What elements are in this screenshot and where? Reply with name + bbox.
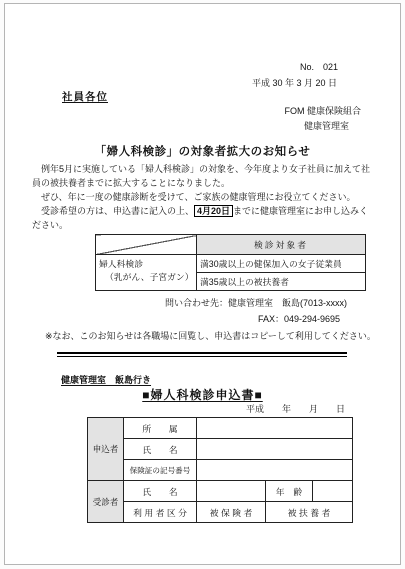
category-option-insured: 被 保 険 者 [197, 502, 266, 523]
table-row: 婦人科検診 （乳がん、子宮ガン） 満30歳以上の健保加入の女子従業員 [96, 255, 366, 273]
user-category-label: 利 用 者 区 分 [124, 502, 197, 523]
insurance-number-label: 保険証の記号番号 [124, 460, 197, 481]
paragraph-1: 例年5月に実施している「婦人科検診」の対象を、今年度より女子社員に加えて社員の被… [32, 162, 375, 190]
document-number: No. 021 [300, 60, 338, 73]
deadline-highlight: 4月20日 [194, 205, 233, 217]
exam-detail: （乳がん、子宮ガン） [99, 271, 193, 284]
exam-name: 婦人科検診 [99, 258, 193, 271]
note-line: ※なお、このお知らせは各職場に回覧し、申込書はコピーして利用してください。 [45, 329, 376, 342]
target-group-1: 満30歳以上の健保加入の女子従業員 [197, 255, 366, 273]
examinee-name-label: 氏 名 [124, 481, 197, 502]
applicant-name-label: 氏 名 [124, 439, 197, 460]
applicant-group-label: 申込者 [88, 418, 124, 481]
fax-line: FAX：049-294-9695 [258, 312, 340, 325]
document-title: 「婦人科検診」の対象者拡大のお知らせ [5, 143, 400, 159]
exam-name-cell: 婦人科検診 （乳がん、子宮ガン） [96, 255, 197, 291]
paragraph-2: ぜひ、年に一度の健康診断を受けて、ご家族の健康管理にお役立てください。 [32, 190, 375, 204]
form-recipient: 健康管理室 飯島行き [61, 373, 151, 386]
diagonal-header-cell [96, 235, 197, 255]
table-row: 検診対象者 [96, 235, 366, 255]
examinee-name-input-cell [197, 481, 266, 502]
table-row: 受診者 氏 名 年 齢 [88, 481, 353, 502]
application-form-title: ■婦人科検診申込書■ [5, 386, 400, 403]
insurance-number-input-cell [197, 460, 353, 481]
paragraph-3: 受診希望の方は、申込書に記入の上、4月20日までに健康管理室にお申し込みください… [32, 204, 375, 232]
body-text: 例年5月に実施している「婦人科検診」の対象を、今年度より女子社員に加えて社員の被… [32, 162, 375, 232]
target-column-header: 検診対象者 [197, 235, 366, 255]
addressee: 社員各位 [62, 89, 108, 104]
table-row: 申込者 所 属 [88, 418, 353, 439]
applicant-name-input-cell [197, 439, 353, 460]
table-row: 保険証の記号番号 [88, 460, 353, 481]
table-row: 氏 名 [88, 439, 353, 460]
table-row: 利 用 者 区 分 被 保 険 者 被 扶 養 者 [88, 502, 353, 523]
form-date-placeholder: 平成 年 月 日 [246, 402, 345, 415]
age-input-cell [313, 481, 353, 502]
cut-line-divider [57, 352, 347, 357]
contact-line: 問い合わせ先：健康管理室 飯島(7013-xxxx) [165, 296, 347, 309]
application-form-table: 申込者 所 属 氏 名 保険証の記号番号 受診者 氏 名 年 齢 利 用 者 区… [87, 417, 353, 523]
document-page: No. 021 平成 30 年 3 月 20 日 社員各位 FOM 健康保険組合… [4, 3, 401, 565]
affiliation-label: 所 属 [124, 418, 197, 439]
sender-department: 健康管理室 [304, 119, 349, 132]
paragraph-3-lead: 受診希望の方は、申込書に記入の上、 [41, 206, 194, 216]
exam-target-table: 検診対象者 婦人科検診 （乳がん、子宮ガン） 満30歳以上の健保加入の女子従業員… [95, 234, 366, 291]
affiliation-input-cell [197, 418, 353, 439]
category-option-dependent: 被 扶 養 者 [266, 502, 353, 523]
document-date: 平成 30 年 3 月 20 日 [252, 76, 337, 89]
target-group-2: 満35歳以上の被扶養者 [197, 273, 366, 291]
examinee-group-label: 受診者 [88, 481, 124, 523]
sender-organization: FOM 健康保険組合 [285, 104, 362, 117]
age-label: 年 齢 [266, 481, 313, 502]
